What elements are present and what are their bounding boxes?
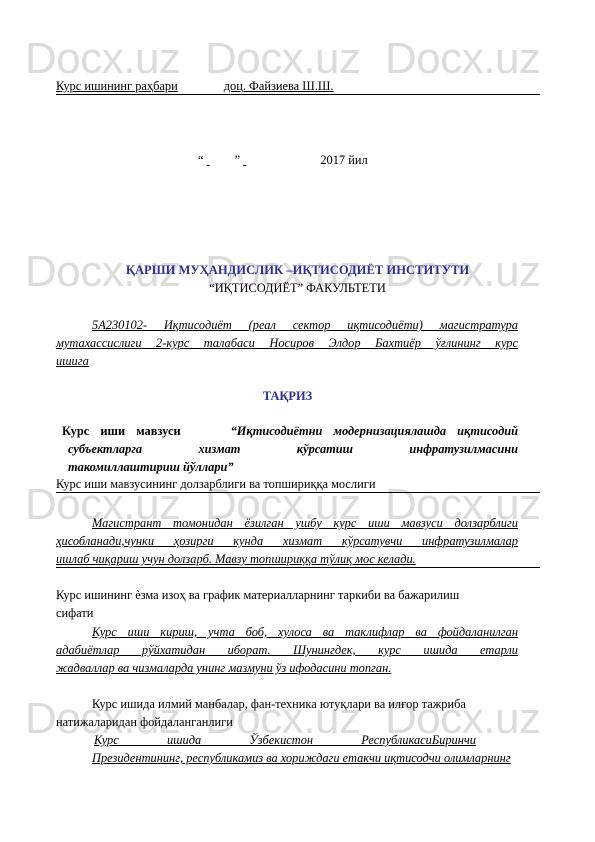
review-title: ТАҚРИЗ xyxy=(0,389,575,403)
month-blank xyxy=(243,153,317,167)
student-line-3: ишига xyxy=(56,354,89,368)
section-2-body-2: адабиётлар рўйхатидан иборат. Шунингдек,… xyxy=(56,643,518,657)
supervisor-line: Курс ишининг раҳбари доц. Файзиева Ш.Ш. xyxy=(56,79,333,93)
section-3-heading-1: Курс ишида илмий манбалар, фан-техника ю… xyxy=(92,697,466,711)
topic-title-1: “Иқтисодиётни модернизациялашда иқтисоди… xyxy=(231,424,518,438)
day-blank xyxy=(207,153,235,167)
topic-title-2: субъектларга хизмат кўрсатиш инфратузилм… xyxy=(68,442,518,456)
section-2-body-1: Курс иши кириш, учта боб, хулоса ва такл… xyxy=(56,625,518,639)
close-quote: ” xyxy=(235,153,241,167)
section-1-heading: Курс иши мавзусининг долзарблиги ва топш… xyxy=(56,477,375,491)
section-3-body-2-text: Президентининг, республикамиз ва хорижда… xyxy=(92,751,511,765)
divider xyxy=(56,94,540,95)
institution-name: ҚАРШИ МУҲАНДИСЛИК –ИҚТИСОДИЁТ ИНСТИТУТИ xyxy=(0,263,595,277)
document-page: Курс ишининг раҳбари доц. Файзиева Ш.Ш. … xyxy=(0,0,595,842)
student-line-1: 5А230102- Иқтисодиёт (реал сектор иқтисо… xyxy=(56,318,518,332)
section-1-body-1: Магистрант томонидан ёзилган ушбу курс и… xyxy=(56,516,518,530)
section-1-body-3: ишлаб чиқариш учун долзарб. Мавзу топшир… xyxy=(56,552,416,566)
topic-line-1: Курс иши мавзуси “Иқтисодиётни модерниза… xyxy=(62,424,518,438)
section-1-body-2: ҳисобланади,чунки ҳозирги кунда хизмат к… xyxy=(56,534,518,548)
topic-label: Курс иши мавзуси xyxy=(62,424,181,438)
section-2-heading-2: сифати xyxy=(56,606,93,620)
faculty-name: “ИҚТИСОДИЁТ” ФАКУЛЬТЕТИ xyxy=(0,281,595,295)
section-2-heading-1: Курс ишининг ѐзма изоҳ ва график материа… xyxy=(56,588,459,602)
student-line-2: мутахассислиги 2-курс талабаси Носиров Э… xyxy=(56,336,518,350)
section-2-body-3: жадваллар ва чизмаларда унинг мазмуни ўз… xyxy=(56,661,391,675)
divider xyxy=(56,492,540,493)
year-text: 2017 йил xyxy=(320,153,367,167)
section-3-body-2: Президентининг, республикамиз ва хорижда… xyxy=(56,751,511,765)
supervisor-name: доц. Файзиева Ш.Ш. xyxy=(224,79,334,93)
topic-title-3: такомиллаштириш йўллари” xyxy=(68,460,234,474)
date-line: “ ” 2017 йил xyxy=(198,153,368,167)
supervisor-label: Курс ишининг раҳбари xyxy=(56,79,178,93)
divider xyxy=(56,567,540,568)
section-3-heading-2: натижаларидан фойдаланганлиги xyxy=(56,715,233,729)
open-quote: “ xyxy=(198,153,204,167)
section-3-body-1: Курс ишида Ўзбекистон РеспубликасиБиринч… xyxy=(94,733,476,747)
